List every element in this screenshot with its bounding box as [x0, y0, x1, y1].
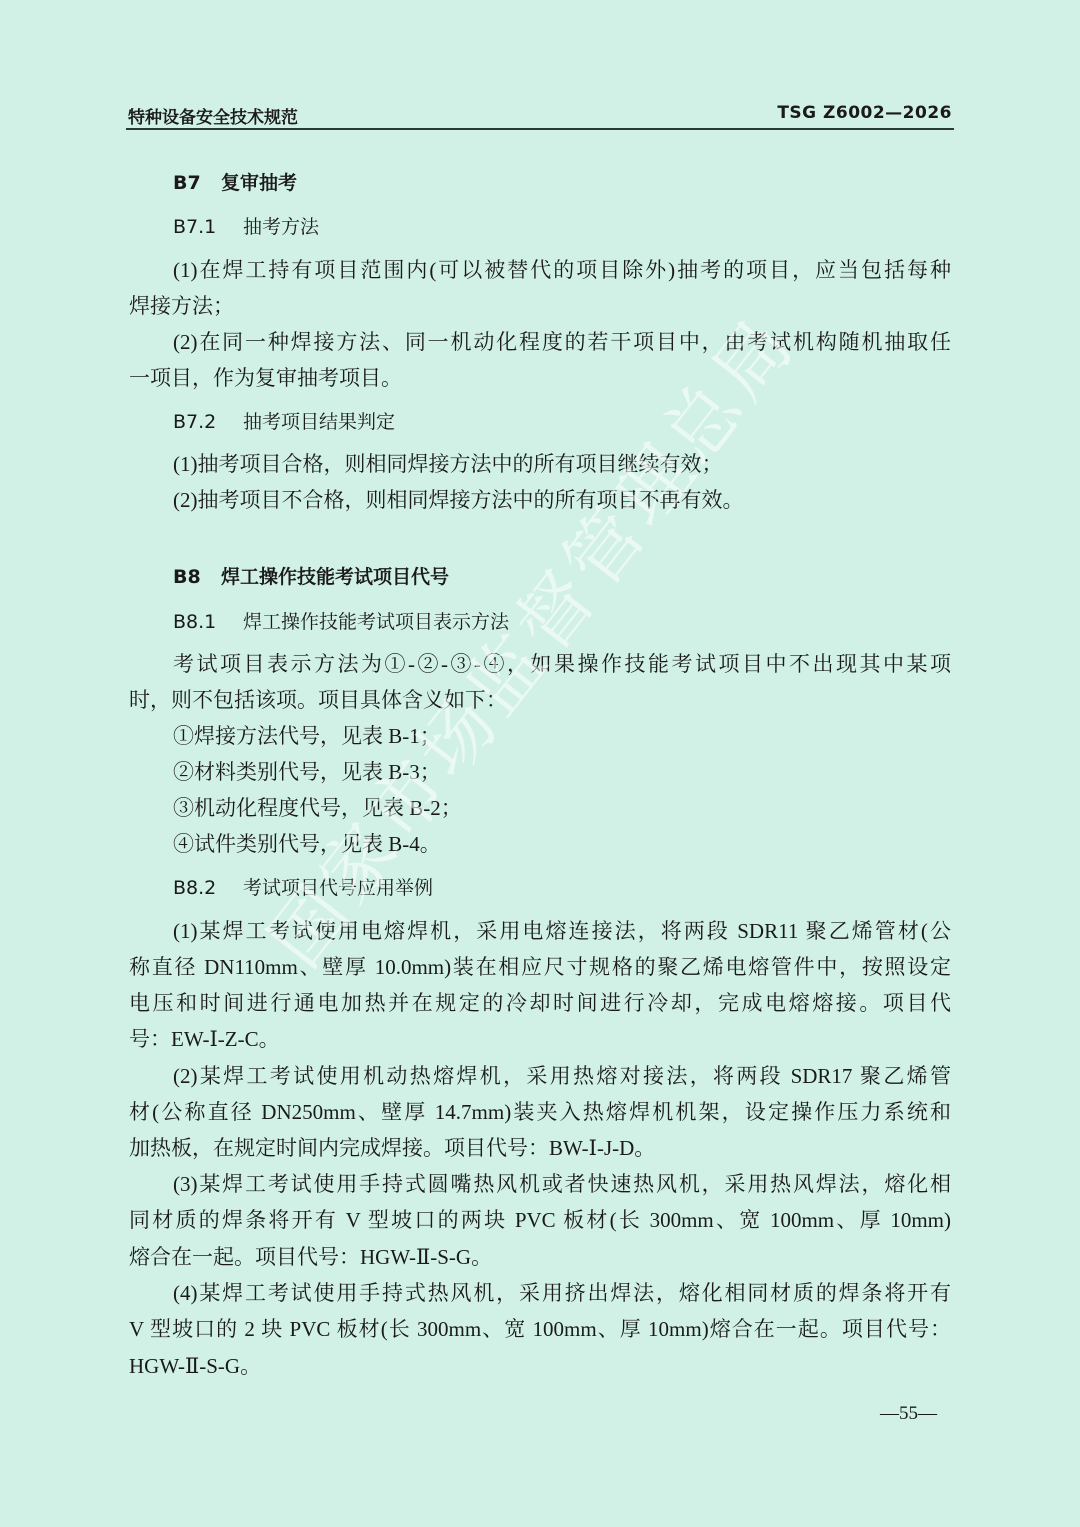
list-item: ①焊接方法代号，见表 B-1；	[173, 722, 441, 750]
paragraph-line: (1)某焊工考试使用电熔焊机，采用电熔连接法，将两段 SDR11 聚乙烯管材(公	[129, 917, 951, 945]
list-item: ③机动化程度代号，见表 B-2；	[173, 794, 462, 822]
section-number: B8	[173, 563, 221, 591]
paragraph-line: (3)某焊工考试使用手持式圆嘴热风机或者快速热风机，采用热风焊法，熔化相	[129, 1170, 951, 1198]
paragraph-line: 同材质的焊条将开有 V 型坡口的两块 PVC 板材(长 300mm、宽 100m…	[129, 1206, 951, 1234]
section-heading-b7: B7复审抽考	[173, 169, 297, 197]
paragraph-line: (2)抽考项目不合格，则相同焊接方法中的所有项目不再有效。	[173, 486, 743, 514]
header-rule	[126, 128, 954, 130]
paragraph-line: HGW-Ⅱ-S-G。	[129, 1352, 261, 1380]
subsection-heading-b7-1: B7.1抽考方法	[173, 213, 319, 241]
section-heading-b8: B8焊工操作技能考试项目代号	[173, 563, 449, 591]
running-header: 特种设备安全技术规范 TSG Z6002—2026	[128, 103, 952, 127]
paragraph-line: 称直径 DN110mm、壁厚 10.0mm)装在相应尺寸规格的聚乙烯电熔管件中，…	[129, 953, 951, 981]
page-number: —55—	[880, 1400, 937, 1428]
list-item: ②材料类别代号，见表 B-3；	[173, 758, 441, 786]
subsection-number: B8.1	[173, 608, 243, 636]
paragraph-line: V 型坡口的 2 块 PVC 板材(长 300mm、宽 100mm、厚 10mm…	[129, 1315, 951, 1343]
subsection-number: B7.1	[173, 213, 243, 241]
subsection-heading-b7-2: B7.2抽考项目结果判定	[173, 408, 395, 436]
paragraph-line: (2)在同一种焊接方法、同一机动化程度的若干项目中，由考试机构随机抽取任	[129, 328, 951, 356]
header-title: 特种设备安全技术规范	[128, 103, 298, 128]
paragraph-line: (1)抽考项目合格，则相同焊接方法中的所有项目继续有效；	[173, 450, 722, 478]
subsection-heading-b8-1: B8.1焊工操作技能考试项目表示方法	[173, 608, 509, 636]
paragraph-line: 材(公称直径 DN250mm、壁厚 14.7mm)装夹入热熔焊机机架，设定操作压…	[129, 1098, 951, 1126]
paragraph-line: (1)在焊工持有项目范围内(可以被替代的项目除外)抽考的项目，应当包括每种	[129, 256, 951, 284]
subsection-number: B8.2	[173, 874, 243, 902]
paragraph-line: 加热板，在规定时间内完成焊接。项目代号：BW-Ⅰ-J-D。	[129, 1134, 655, 1162]
subsection-heading-b8-2: B8.2考试项目代号应用举例	[173, 874, 433, 902]
header-standard-code: TSG Z6002—2026	[777, 103, 952, 123]
subsection-number: B7.2	[173, 408, 243, 436]
paragraph-line: 电压和时间进行通电加热并在规定的冷却时间进行冷却，完成电熔熔接。项目代	[129, 989, 951, 1017]
section-number: B7	[173, 169, 221, 197]
paragraph-line: (2)某焊工考试使用机动热熔焊机，采用热熔对接法，将两段 SDR17 聚乙烯管	[129, 1062, 951, 1090]
paragraph-line: (4)某焊工考试使用手持式热风机，采用挤出焊法，熔化相同材质的焊条将开有	[129, 1279, 951, 1307]
paragraph-line: 一项目，作为复审抽考项目。	[129, 364, 402, 392]
section-title: 焊工操作技能考试项目代号	[221, 566, 449, 588]
section-title: 复审抽考	[221, 172, 297, 194]
subsection-title: 考试项目代号应用举例	[243, 877, 433, 899]
paragraph-line: 号：EW-Ⅰ-Z-C。	[129, 1025, 280, 1053]
paragraph-line: 时，则不包括该项。项目具体含义如下：	[129, 686, 507, 714]
subsection-title: 抽考方法	[243, 216, 319, 238]
paragraph-line: 考试项目表示方法为①-②-③-④，如果操作技能考试项目中不出现其中某项	[129, 650, 951, 678]
paragraph-line: 焊接方法；	[129, 292, 234, 320]
subsection-title: 抽考项目结果判定	[243, 411, 395, 433]
paragraph-line: 熔合在一起。项目代号：HGW-Ⅱ-S-G。	[129, 1243, 492, 1271]
subsection-title: 焊工操作技能考试项目表示方法	[243, 611, 509, 633]
list-item: ④试件类别代号，见表 B-4。	[173, 830, 441, 858]
